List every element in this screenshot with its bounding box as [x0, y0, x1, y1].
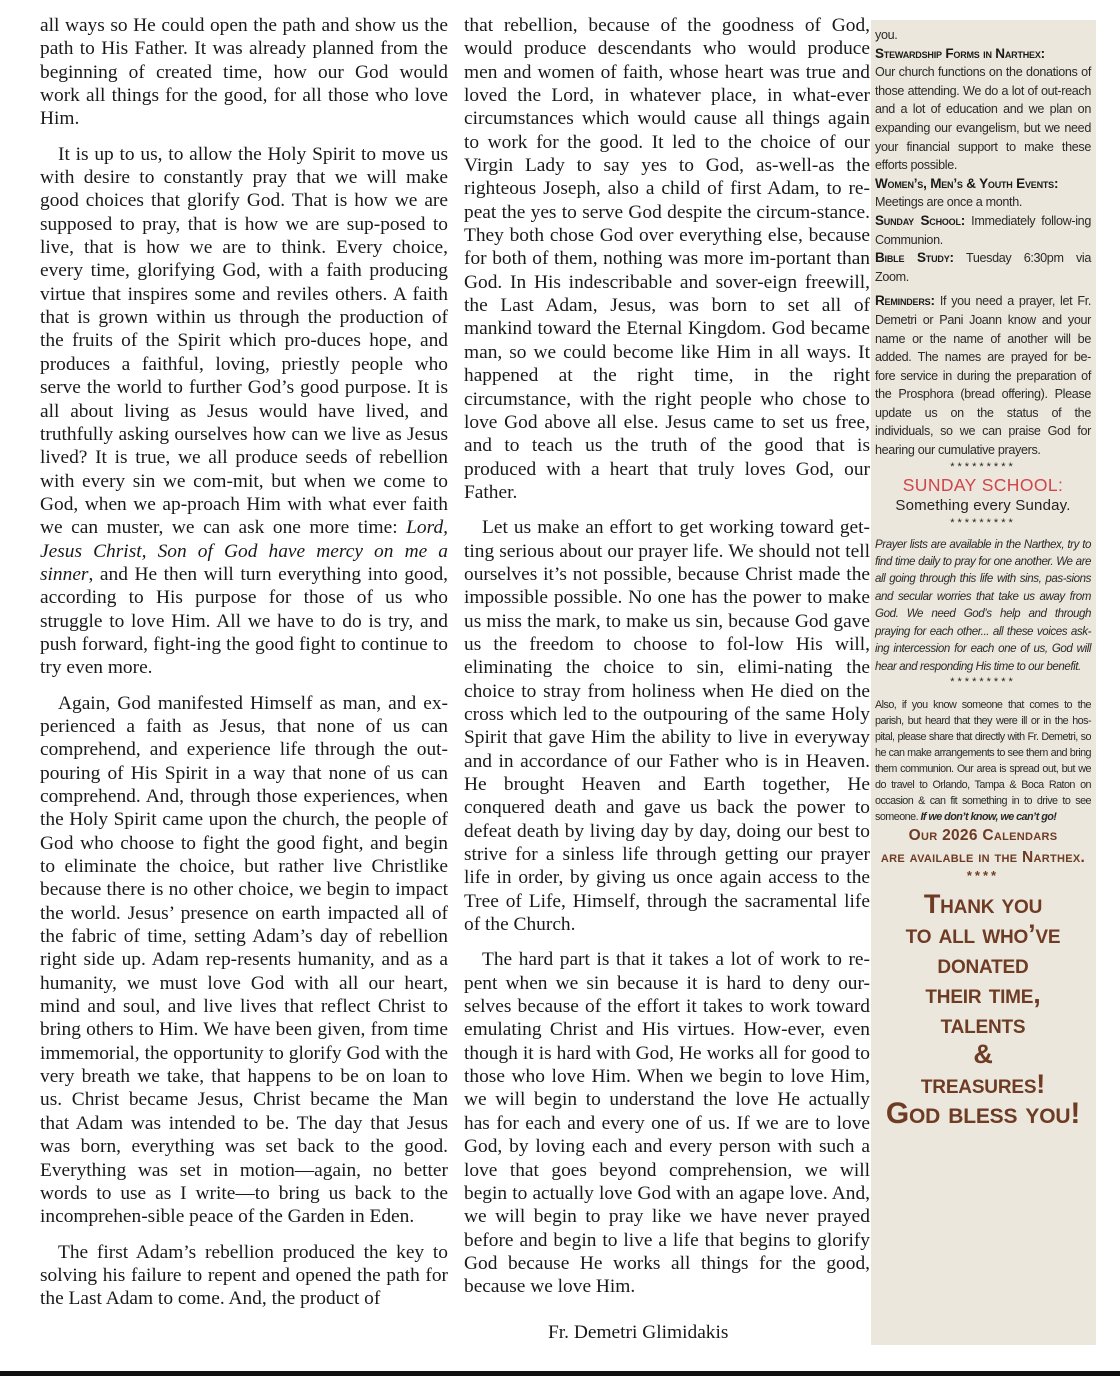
article-paragraph: The first Adam’s rebellion produced the …	[40, 1241, 448, 1311]
stewardship-heading: Stewardship Forms in Narthex:	[875, 46, 1045, 61]
hospital-visits-note: Also, if you know someone that comes to …	[875, 697, 1091, 825]
sunday-school-banner-subtitle: Something every Sunday.	[875, 496, 1091, 516]
stewardship-text: Our church functions on the donations of…	[875, 65, 1091, 172]
thank-you-line: treasures!	[875, 1069, 1091, 1099]
calendars-announcement-line2: are available in the Narthex.	[875, 847, 1091, 869]
thank-you-line: donated	[875, 949, 1091, 979]
star-divider-short: ****	[875, 869, 1091, 883]
article-paragraph: It is up to us, to allow the Holy Spirit…	[40, 143, 448, 680]
article-paragraph: Let us make an effort to get working tow…	[464, 516, 870, 936]
events-text: Meetings are once a month.	[875, 195, 1022, 209]
prayer-lists-note: Prayer lists are available in the Narthe…	[875, 536, 1091, 675]
calendars-announcement-line1: Our 2026 Calendars	[875, 825, 1091, 847]
star-divider: *********	[875, 675, 1091, 689]
reminders-text: If you need a prayer, let Fr. Demetri or…	[875, 294, 1091, 457]
reminders-heading: Reminders:	[875, 293, 935, 308]
page-bottom-bar	[0, 1371, 1120, 1376]
thank-you-line: talents	[875, 1009, 1091, 1039]
visits-emphasis: If we don’t know, we can’t go!	[920, 811, 1056, 823]
star-divider: *********	[875, 460, 1091, 474]
thank-you-line: to all who’ve	[875, 919, 1091, 949]
article-left-column: all ways so He could open the path and s…	[40, 14, 448, 1311]
sunday-school-banner-title: SUNDAY SCHOOL:	[875, 474, 1091, 496]
sidebar-content: you. Stewardship Forms in Narthex: Our c…	[875, 26, 1091, 1129]
sidebar-top-fragment: you.	[875, 26, 1091, 45]
author-signature: Fr. Demetri Glimidakis	[548, 1322, 728, 1344]
sunday-school-note: Sunday School: Immediately follow-ing Co…	[875, 212, 1091, 249]
bible-study-section: Bible Study: Tuesday 6:30pm via Zoom.	[875, 249, 1091, 286]
sunday-school-heading: Sunday School:	[875, 213, 965, 228]
reminders-section: Reminders: If you need a prayer, let Fr.…	[875, 292, 1091, 459]
article-paragraph: that rebellion, because of the goodness …	[464, 14, 870, 504]
article-paragraph: all ways so He could open the path and s…	[40, 14, 448, 131]
events-section: Women’s, Men’s & Youth Events: Meetings …	[875, 175, 1091, 212]
thank-you-line: their time,	[875, 979, 1091, 1009]
thank-you-line: Thank you	[875, 889, 1091, 919]
article-paragraph: Again, God manifested Himself as man, an…	[40, 692, 448, 1229]
thank-you-line: &	[875, 1039, 1091, 1069]
bible-study-heading: Bible Study:	[875, 250, 954, 265]
god-bless-you-line: God bless you!	[875, 1099, 1091, 1129]
article-middle-column: that rebellion, because of the goodness …	[464, 14, 870, 1299]
events-heading: Women’s, Men’s & Youth Events:	[875, 176, 1058, 191]
stewardship-section: Stewardship Forms in Narthex: Our church…	[875, 45, 1091, 175]
star-divider: *********	[875, 516, 1091, 530]
article-paragraph: The hard part is that it takes a lot of …	[464, 948, 870, 1298]
